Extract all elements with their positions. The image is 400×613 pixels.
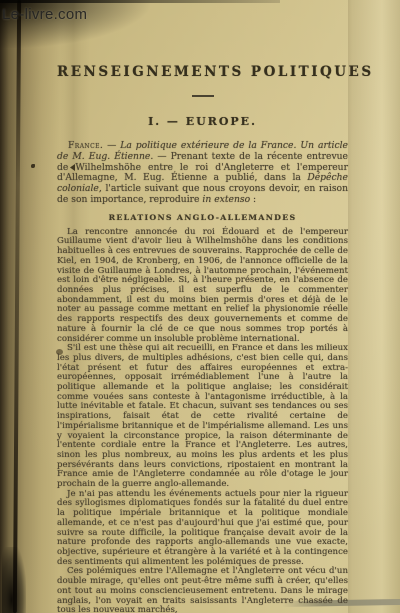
watermark-text: Le-livre.com <box>2 6 87 23</box>
section-heading: I. — EUROPE. <box>57 115 348 128</box>
scanned-book-page: Le-livre.com RENSEIGNEMENTS POLITIQUES I… <box>0 0 400 613</box>
spine-gutter-shadow <box>0 0 64 613</box>
intro-separator: — <box>103 140 120 151</box>
country-label: France. <box>68 140 103 151</box>
intro-paragraph: France. — La politique extérieure de la … <box>57 141 348 206</box>
article-subheading: RELATIONS ANGLO-ALLEMANDES <box>57 213 348 222</box>
page-title: RENSEIGNEMENTS POLITIQUES <box>57 64 348 80</box>
right-page-fold <box>348 0 400 613</box>
page-content: RENSEIGNEMENTS POLITIQUES I. — EUROPE. F… <box>57 64 348 613</box>
spine-crack <box>13 0 21 613</box>
article-paragraph: Ces polémiques entre l'Allemagne et l'An… <box>57 567 348 613</box>
article-body: La rencontre annoncée du roi Édouard et … <box>57 228 348 613</box>
top-edge-shadow <box>0 0 280 3</box>
article-paragraph: S'il est une thèse qui ait recueilli, en… <box>57 344 348 490</box>
article-paragraph: Je n'ai pas attendu les événements actue… <box>57 490 348 568</box>
ink-speck <box>31 164 35 168</box>
bottom-spine-shadow <box>2 547 26 613</box>
title-divider <box>192 95 214 97</box>
latin-phrase: in extenso <box>202 194 250 205</box>
intro-text: : <box>250 194 256 205</box>
article-paragraph: La rencontre annoncée du roi Édouard et … <box>57 228 348 344</box>
